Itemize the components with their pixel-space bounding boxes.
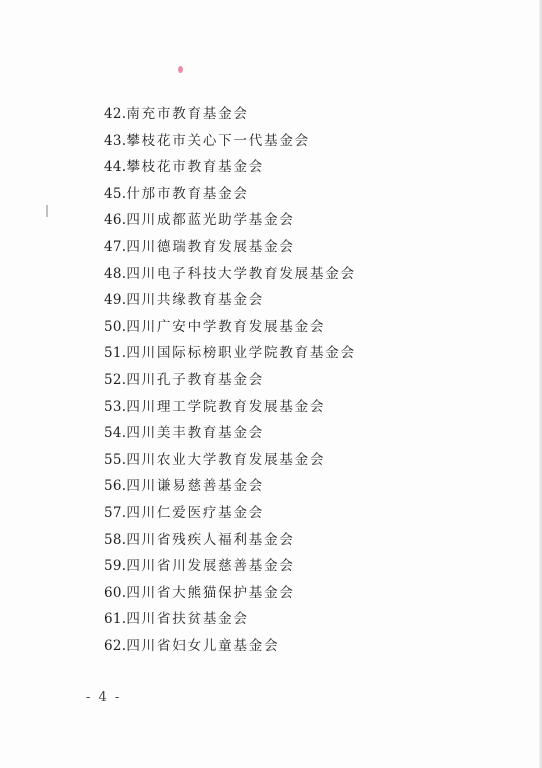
list-item: 45.什邡市教育基金会: [104, 181, 356, 208]
list-item: 57.四川仁爱医疗基金会: [104, 500, 356, 527]
list-item: 60.四川省大熊猫保护基金会: [104, 580, 356, 607]
document-page: 42.南充市教育基金会 43.攀枝花市关心下一代基金会 44.攀枝花市教育基金会…: [0, 0, 542, 768]
list-item: 52.四川孔子教育基金会: [104, 367, 356, 394]
list-item: 43.攀枝花市关心下一代基金会: [104, 128, 356, 155]
list-item: 50.四川广安中学教育发展基金会: [104, 314, 356, 341]
list-item: 47.四川德瑞教育发展基金会: [104, 234, 356, 261]
foundation-list: 42.南充市教育基金会 43.攀枝花市关心下一代基金会 44.攀枝花市教育基金会…: [104, 101, 356, 659]
list-item: 62.四川省妇女儿童基金会: [104, 633, 356, 660]
list-item: 61.四川省扶贫基金会: [104, 606, 356, 633]
list-item: 42.南充市教育基金会: [104, 101, 356, 128]
list-item: 59.四川省川发展慈善基金会: [104, 553, 356, 580]
list-item: 58.四川省残疾人福利基金会: [104, 527, 356, 554]
list-item: 48.四川电子科技大学教育发展基金会: [104, 261, 356, 288]
scan-artifact-mark: [46, 205, 48, 217]
list-item: 56.四川谦易慈善基金会: [104, 473, 356, 500]
list-item: 44.攀枝花市教育基金会: [104, 154, 356, 181]
red-ink-mark: [178, 66, 183, 73]
list-item: 53.四川理工学院教育发展基金会: [104, 394, 356, 421]
list-item: 46.四川成都蓝光助学基金会: [104, 207, 356, 234]
list-item: 54.四川美丰教育基金会: [104, 420, 356, 447]
list-item: 49.四川共缘教育基金会: [104, 287, 356, 314]
page-number: - 4 -: [86, 690, 121, 705]
list-item: 55.四川农业大学教育发展基金会: [104, 447, 356, 474]
list-item: 51.四川国际标榜职业学院教育基金会: [104, 340, 356, 367]
